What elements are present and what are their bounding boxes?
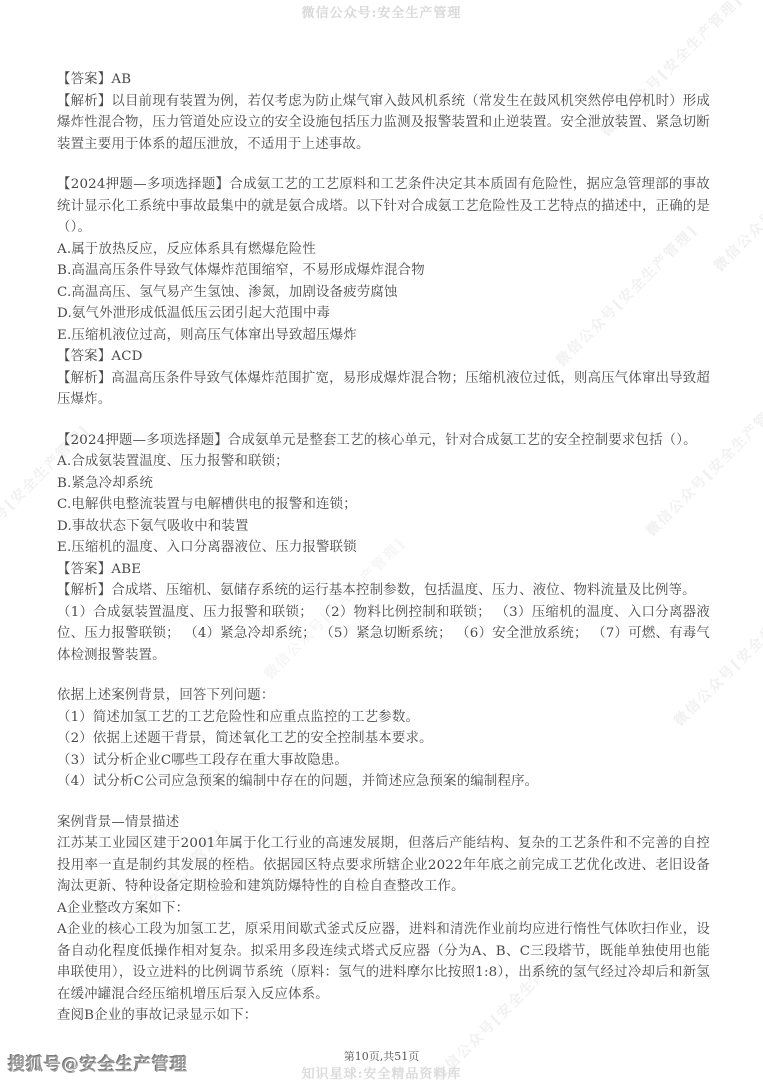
case-question-item: （4）试分析C公司应急预案的编制中存在的问题，并简述应急预案的编制程序。 xyxy=(57,771,710,793)
analysis-text: 【解析】高温高压条件导致气体爆炸范围扩宽，易形成爆炸混合物；压缩机液位过低，则高… xyxy=(57,368,710,411)
top-watermark: 微信公众号:安全生产管理 xyxy=(0,2,763,21)
case-paragraph: A企业的核心工段为加氢工艺，原采用间歇式釜式反应器，进料和清洗作业前均应进行惰性… xyxy=(57,919,710,1005)
answer-label: 【答案】ABE xyxy=(57,559,710,581)
diagonal-watermark: 微信公众号[安全生产管理] xyxy=(709,125,763,276)
sohu-watermark: 搜狐号@安全生产管理 xyxy=(8,1050,188,1075)
document-page: 微信公众号:安全生产管理 微信公众号[安全生产管理] 微信公众号[安全生产管理]… xyxy=(0,0,763,1080)
option-item-c: C.电解供电整流装置与电解槽供电的报警和连锁； xyxy=(57,494,710,516)
option-item-e: E.压缩机的温度、入口分离器液位、压力报警联锁 xyxy=(57,537,710,559)
case-line: 查阅B企业的事故记录显示如下： xyxy=(57,1005,710,1027)
case-question-item: （3）试分析企业C哪些工段存在重大事故隐患。 xyxy=(57,750,710,772)
case-questions-block: 依据上述案例背景，回答下列问题： （1）简述加氢工艺的工艺危险性和应重点监控的工… xyxy=(57,685,710,793)
case-paragraph: 江苏某工业园区建于2001年属于化工行业的高速发展期，但落后产能结构、复杂的工艺… xyxy=(57,833,710,898)
case-line: A企业整改方案如下： xyxy=(57,898,710,920)
analysis-items: （1）合成氨装置温度、压力报警和联锁； （2）物料比例控制和联锁； （3）压缩机… xyxy=(57,602,710,667)
document-content: 【答案】AB 【解析】以目前现有装置为例，若仅考虑为防止煤气窜入鼓风机系统（常发… xyxy=(57,69,710,1027)
option-item-b: B.紧急冷却系统 xyxy=(57,473,710,495)
case-background-block: 案例背景—情景描述 江苏某工业园区建于2001年属于化工行业的高速发展期，但落后… xyxy=(57,812,710,1027)
option-item-a: A.合成氨装置温度、压力报警和联锁； xyxy=(57,451,710,473)
case-question-item: （1）简述加氢工艺的工艺危险性和应重点监控的工艺参数。 xyxy=(57,707,710,729)
answer-block-1: 【答案】AB 【解析】以目前现有装置为例，若仅考虑为防止煤气窜入鼓风机系统（常发… xyxy=(57,69,710,155)
case-background-title: 案例背景—情景描述 xyxy=(57,812,710,834)
option-item-e: E.压缩机液位过高，则高压气体窜出导致超压爆炸 xyxy=(57,325,710,347)
option-item-d: D.氨气外泄形成低温低压云团引起大范围中毒 xyxy=(57,303,710,325)
question-block-2: 【2024押题—多项选择题】合成氨工艺的工艺原料和工艺条件决定其本质固有危险性，… xyxy=(57,174,710,411)
question-stem: 【2024押题—多项选择题】合成氨工艺的工艺原料和工艺条件决定其本质固有危险性，… xyxy=(57,174,710,239)
analysis-text: 【解析】合成塔、压缩机、氨储存系统的运行基本控制参数，包括温度、压力、液位、物料… xyxy=(57,580,710,602)
option-item-a: A.属于放热反应，反应体系具有燃爆危险性 xyxy=(57,239,710,261)
analysis-text: 【解析】以目前现有装置为例，若仅考虑为防止煤气窜入鼓风机系统（常发生在鼓风机突然… xyxy=(57,91,710,156)
case-questions-intro: 依据上述案例背景，回答下列问题： xyxy=(57,685,710,707)
option-item-b: B.高温高压条件导致气体爆炸范围缩窄，不易形成爆炸混合物 xyxy=(57,260,710,282)
answer-label: 【答案】ACD xyxy=(57,346,710,368)
question-block-3: 【2024押题—多项选择题】合成氨单元是整套工艺的核心单元，针对合成氨工艺的安全… xyxy=(57,430,710,667)
question-stem: 【2024押题—多项选择题】合成氨单元是整套工艺的核心单元，针对合成氨工艺的安全… xyxy=(57,430,710,452)
case-question-item: （2）依据上述题干背景，简述氧化工艺的安全控制基本要求。 xyxy=(57,728,710,750)
option-item-c: C.高温高压、氢气易产生氢蚀、渗氮，加剧设备疲劳腐蚀 xyxy=(57,282,710,304)
answer-label: 【答案】AB xyxy=(57,69,710,91)
option-item-d: D.事故状态下氨气吸收中和装置 xyxy=(57,516,710,538)
